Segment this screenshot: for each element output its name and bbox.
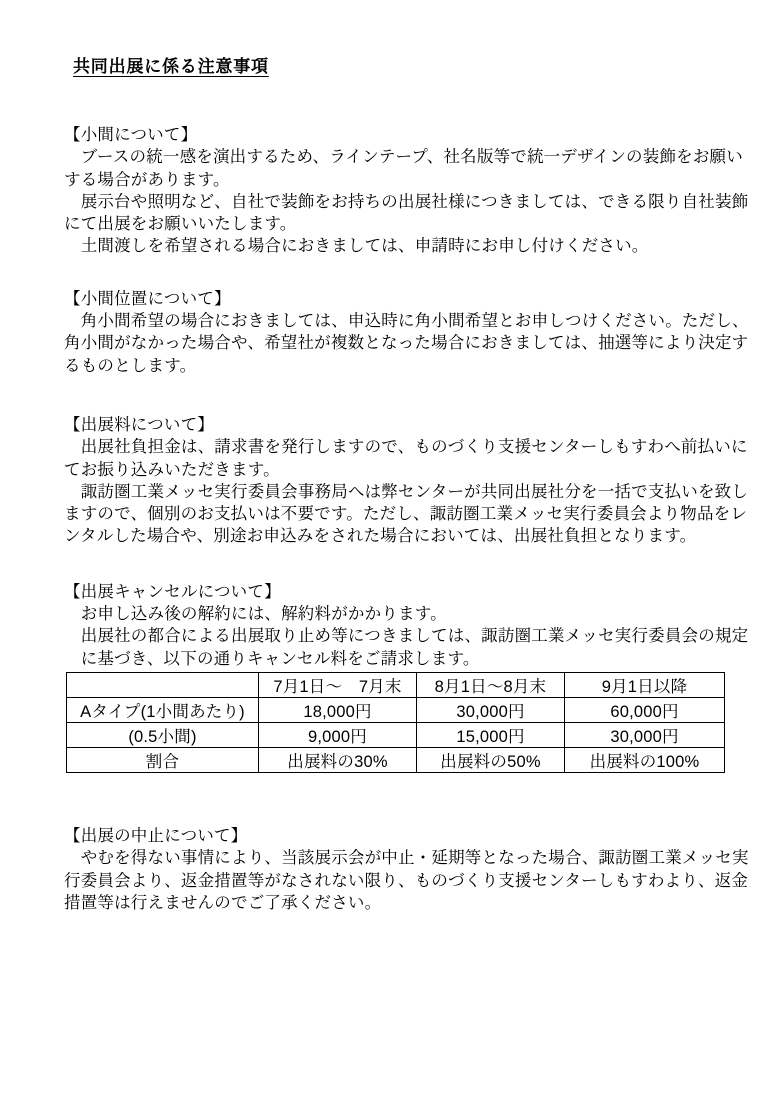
table-cell: (0.5小間) [67,722,259,747]
section-gap [64,548,742,581]
table-cell: 出展料の30% [259,747,417,772]
table-row: 割合 出展料の30% 出展料の50% 出展料の100% [67,747,725,772]
table-header-cell [67,672,259,697]
section-gap [64,258,742,288]
table-cell: 出展料の50% [417,747,565,772]
cancel-fee-table: 7月1日～ 7月末 8月1日～8月末 9月1日以降 Aタイプ(1小間あたり) 1… [66,672,725,773]
text-line: に基づき、以下の通りキャンセル料をご請求します。 [64,648,742,670]
table-cell: 出展料の100% [565,747,725,772]
text-line: 角小間希望の場合におきましては、申込時に角小間希望とお申しつけください。ただし、 [64,310,742,332]
text-line: るものとします。 [64,355,742,377]
table-cell: 18,000円 [259,697,417,722]
table-header-cell: 7月1日～ 7月末 [259,672,417,697]
text-line: 展示台や照明など、自社で装飾をお持ちの出展社様につきましては、できる限り自社装飾 [64,191,742,213]
table-cell: 割合 [67,747,259,772]
table-row: (0.5小間) 9,000円 15,000円 30,000円 [67,722,725,747]
text-line: やむを得ない事情により、当該展示会が中止・延期等となった場合、諏訪圏工業メッセ実 [64,847,742,869]
section-booth: 【小間について】 ブースの統一感を演出するため、ラインテープ、社名版等で統一デザ… [64,124,742,258]
section-heading: 【小間について】 [64,124,742,146]
section-heading: 【小間位置について】 [64,288,742,310]
table-cell: 30,000円 [565,722,725,747]
text-line: ブースの統一感を演出するため、ラインテープ、社名版等で統一デザインの装飾をお願い [64,146,742,168]
text-line: お申し込み後の解約には、解約料がかかります。 [64,603,742,625]
section-gap [64,377,742,414]
section-event-cancellation: 【出展の中止について】 やむを得ない事情により、当該展示会が中止・延期等となった… [64,825,742,914]
title-wrap: 共同出展に係る注意事項 [64,56,742,78]
text-line: にて出展をお願いいたします。 [64,213,742,235]
page-title: 共同出展に係る注意事項 [73,56,269,78]
table-cell: 15,000円 [417,722,565,747]
section-booth-position: 【小間位置について】 角小間希望の場合におきましては、申込時に角小間希望とお申し… [64,288,742,377]
text-line: する場合があります。 [64,169,742,191]
document-page: 共同出展に係る注意事項 【小間について】 ブースの統一感を演出するため、ラインテ… [0,0,780,1103]
text-line: 行委員会より、返金措置等がなされない限り、ものづくり支援センターしもすわより、返… [64,870,742,892]
table-row: Aタイプ(1小間あたり) 18,000円 30,000円 60,000円 [67,697,725,722]
text-line: 措置等は行えませんのでご了承ください。 [64,892,742,914]
section-gap [64,773,742,825]
section-exhibition-fee: 【出展料について】 出展社負担金は、請求書を発行しますので、ものづくり支援センタ… [64,414,742,548]
table-header-row: 7月1日～ 7月末 8月1日～8月末 9月1日以降 [67,672,725,697]
text-line: 出展社負担金は、請求書を発行しますので、ものづくり支援センターしもすわへ前払いに [64,436,742,458]
section-cancellation: 【出展キャンセルについて】 お申し込み後の解約には、解約料がかかります。 出展社… [64,581,742,670]
text-line: 角小間がなかった場合や、希望社が複数となった場合におきましては、抽選等により決定… [64,332,742,354]
text-line: 諏訪圏工業メッセ実行委員会事務局へは弊センターが共同出展社分を一括で支払いを致し [64,481,742,503]
text-line: ンタルした場合や、別途お申込みをされた場合においては、出展社負担となります。 [64,525,742,547]
table-header-cell: 8月1日～8月末 [417,672,565,697]
table-cell: 30,000円 [417,697,565,722]
section-heading: 【出展の中止について】 [64,825,742,847]
table-header-cell: 9月1日以降 [565,672,725,697]
table-cell: 9,000円 [259,722,417,747]
text-line: ますので、個別のお支払いは不要です。ただし、諏訪圏工業メッセ実行委員会より物品を… [64,503,742,525]
text-line: 土間渡しを希望される場合におきましては、申請時にお申し付けください。 [64,235,742,257]
section-heading: 【出展料について】 [64,414,742,436]
table-cell: Aタイプ(1小間あたり) [67,697,259,722]
text-line: 出展社の都合による出展取り止め等につきましては、諏訪圏工業メッセ実行委員会の規定 [64,625,742,647]
table-cell: 60,000円 [565,697,725,722]
section-heading: 【出展キャンセルについて】 [64,581,742,603]
text-line: てお振り込みいただきます。 [64,459,742,481]
